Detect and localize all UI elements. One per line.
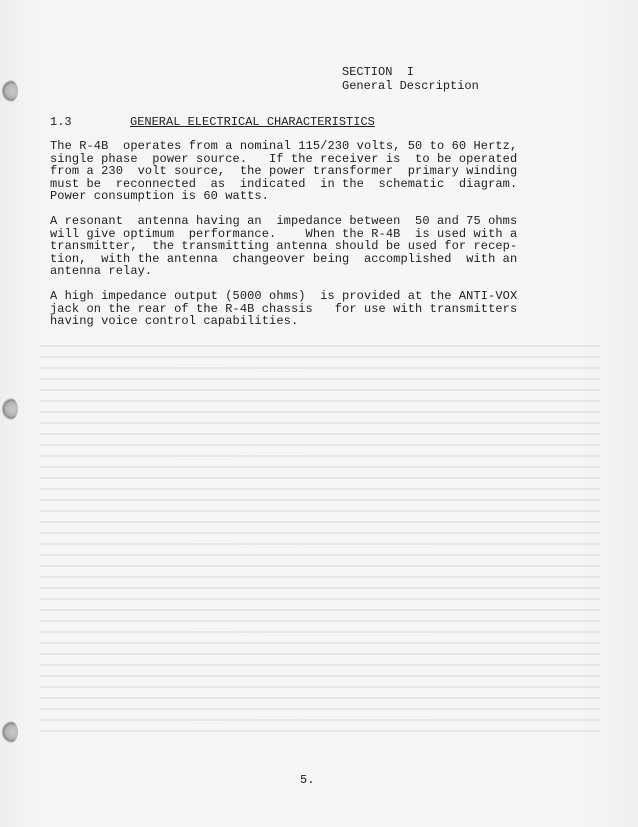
page-number: 5. bbox=[300, 773, 314, 787]
binder-hole-icon bbox=[2, 80, 18, 102]
bleed-through-text bbox=[40, 345, 600, 735]
heading-title: GENERAL ELECTRICAL CHARACTERISTICS bbox=[130, 115, 375, 129]
section-label: SECTION I bbox=[342, 65, 479, 79]
binder-hole-icon bbox=[2, 398, 18, 420]
section-header: SECTION I General Description bbox=[342, 65, 479, 93]
document-page: SECTION I General Description 1.3GENERAL… bbox=[0, 0, 638, 827]
paragraph-power: The R-4B operates from a nominal 115/230… bbox=[50, 140, 530, 203]
heading-number: 1.3 bbox=[50, 115, 130, 129]
binder-hole-icon bbox=[2, 721, 18, 743]
paragraph-antenna: A resonant antenna having an impedance b… bbox=[50, 215, 530, 278]
section-subtitle: General Description bbox=[342, 79, 479, 93]
paragraph-antivox: A high impedance output (5000 ohms) is p… bbox=[50, 290, 530, 328]
section-heading: 1.3GENERAL ELECTRICAL CHARACTERISTICS bbox=[50, 115, 375, 129]
